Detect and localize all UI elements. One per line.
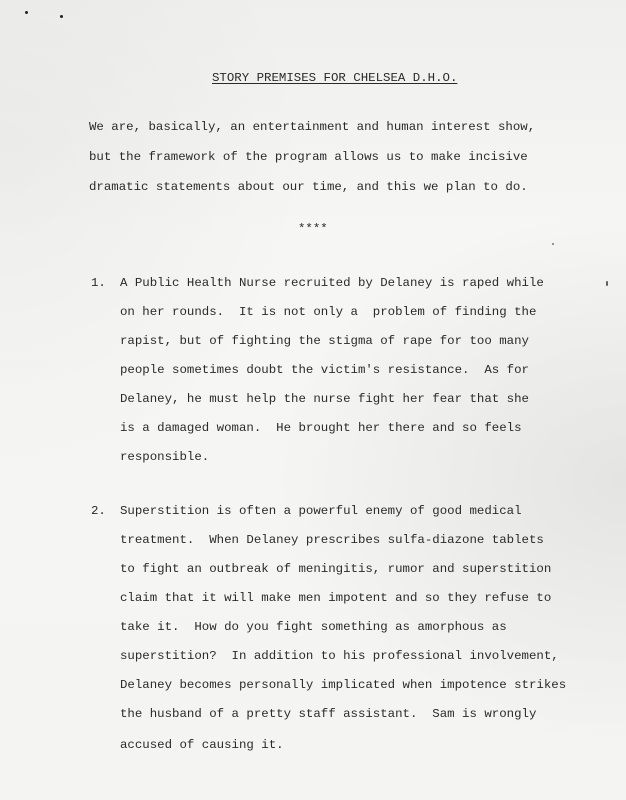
item-number: 2. bbox=[91, 503, 106, 519]
document-title: STORY PREMISES FOR CHELSEA D.H.O. bbox=[212, 70, 457, 86]
item-line: Delaney becomes personally implicated wh… bbox=[120, 677, 566, 693]
item-line: A Public Health Nurse recruited by Delan… bbox=[120, 275, 544, 291]
item-line: on her rounds. It is not only a problem … bbox=[120, 304, 536, 320]
intro-line: We are, basically, an entertainment and … bbox=[89, 119, 535, 135]
intro-line: but the framework of the program allows … bbox=[89, 149, 528, 165]
ink-speck bbox=[606, 281, 608, 286]
ink-speck bbox=[552, 243, 554, 245]
item-line: Delaney, he must help the nurse fight he… bbox=[120, 391, 529, 407]
item-number: 1. bbox=[91, 275, 106, 291]
item-line: superstition? In addition to his profess… bbox=[120, 648, 559, 664]
item-line: Superstition is often a powerful enemy o… bbox=[120, 503, 522, 519]
item-line: rapist, but of fighting the stigma of ra… bbox=[120, 333, 529, 349]
item-line: treatment. When Delaney prescribes sulfa… bbox=[120, 532, 544, 548]
item-line: people sometimes doubt the victim's resi… bbox=[120, 362, 529, 378]
item-line: take it. How do you fight something as a… bbox=[120, 619, 507, 635]
item-line: accused of causing it. bbox=[120, 737, 284, 753]
intro-line: dramatic statements about our time, and … bbox=[89, 179, 528, 195]
item-line: the husband of a pretty staff assistant.… bbox=[120, 706, 536, 722]
item-line: to fight an outbreak of meningitis, rumo… bbox=[120, 561, 551, 577]
item-line: claim that it will make men impotent and… bbox=[120, 590, 551, 606]
item-line: is a damaged woman. He brought her there… bbox=[120, 420, 522, 436]
section-separator: **** bbox=[298, 221, 328, 237]
ink-speck bbox=[60, 15, 63, 18]
item-line: responsible. bbox=[120, 449, 209, 465]
ink-speck bbox=[25, 11, 28, 14]
document-page: STORY PREMISES FOR CHELSEA D.H.O. We are… bbox=[0, 0, 626, 800]
